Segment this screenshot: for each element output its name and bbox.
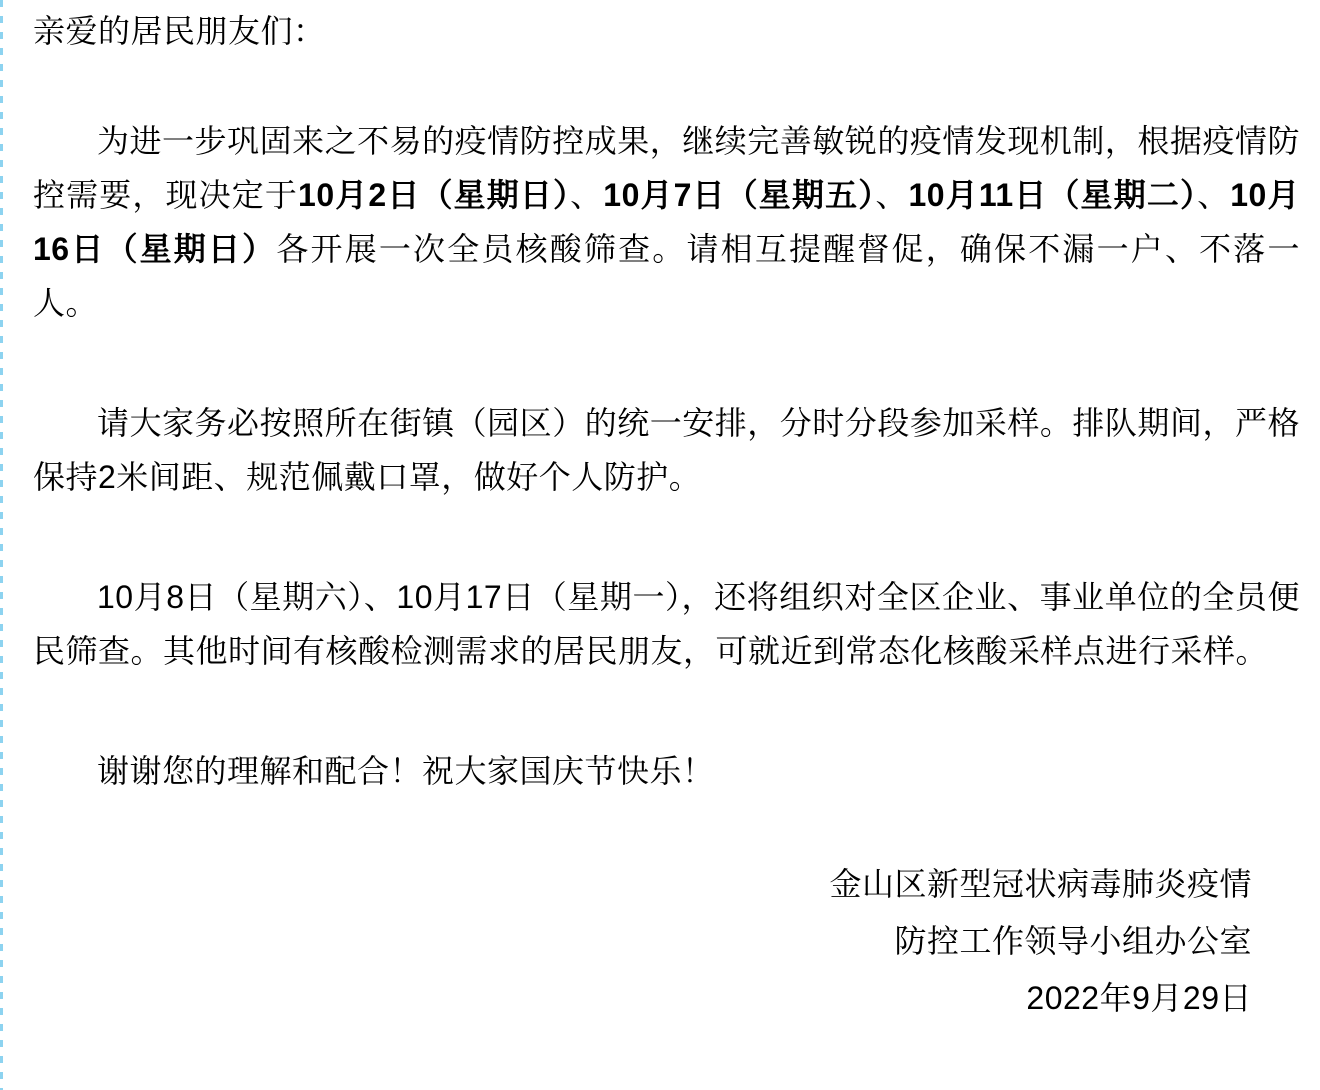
signature-block: 金山区新型冠状病毒肺炎疫情防控工作领导小组办公室2022年9月29日 (33, 856, 1300, 1027)
salutation: 亲爱的居民朋友们： (33, 4, 1300, 58)
signature-line: 2022年9月29日 (33, 970, 1252, 1027)
body-text: 10月8日（星期六）、10月17日（星期一），还将组织对全区企业、事业单位的全员… (33, 579, 1300, 669)
highlighted-date: 10月2日（星期日） (298, 177, 570, 213)
signature-line: 防控工作领导小组办公室 (33, 913, 1252, 970)
notice-paragraph: 谢谢您的理解和配合！祝大家国庆节快乐！ (33, 744, 1300, 798)
notice-paragraph: 10月8日（星期六）、10月17日（星期一），还将组织对全区企业、事业单位的全员… (33, 570, 1300, 678)
notice-paragraph: 为进一步巩固来之不易的疫情防控成果，继续完善敏锐的疫情发现机制，根据疫情防控需要… (33, 114, 1300, 330)
body-text: 请大家务必按照所在街镇（园区）的统一安排，分时分段参加采样。排队期间，严格保持2… (33, 405, 1300, 495)
notice-document: 亲爱的居民朋友们： 为进一步巩固来之不易的疫情防控成果，继续完善敏锐的疫情发现机… (0, 0, 1320, 1090)
signature-line: 金山区新型冠状病毒肺炎疫情 (33, 856, 1252, 913)
body-text: 、 (570, 177, 603, 213)
body-text: 、 (1197, 177, 1230, 213)
notice-body: 为进一步巩固来之不易的疫情防控成果，继续完善敏锐的疫情发现机制，根据疫情防控需要… (33, 114, 1300, 798)
left-dashed-border (0, 0, 3, 1090)
notice-paragraph: 请大家务必按照所在街镇（园区）的统一安排，分时分段参加采样。排队期间，严格保持2… (33, 396, 1300, 504)
body-text: 谢谢您的理解和配合！祝大家国庆节快乐！ (97, 753, 715, 789)
body-text: 、 (875, 177, 908, 213)
highlighted-date: 10月7日（星期五） (603, 177, 875, 213)
notice-content: 亲爱的居民朋友们： 为进一步巩固来之不易的疫情防控成果，继续完善敏锐的疫情发现机… (0, 0, 1320, 1027)
highlighted-date: 10月11日（星期二） (908, 177, 1197, 213)
